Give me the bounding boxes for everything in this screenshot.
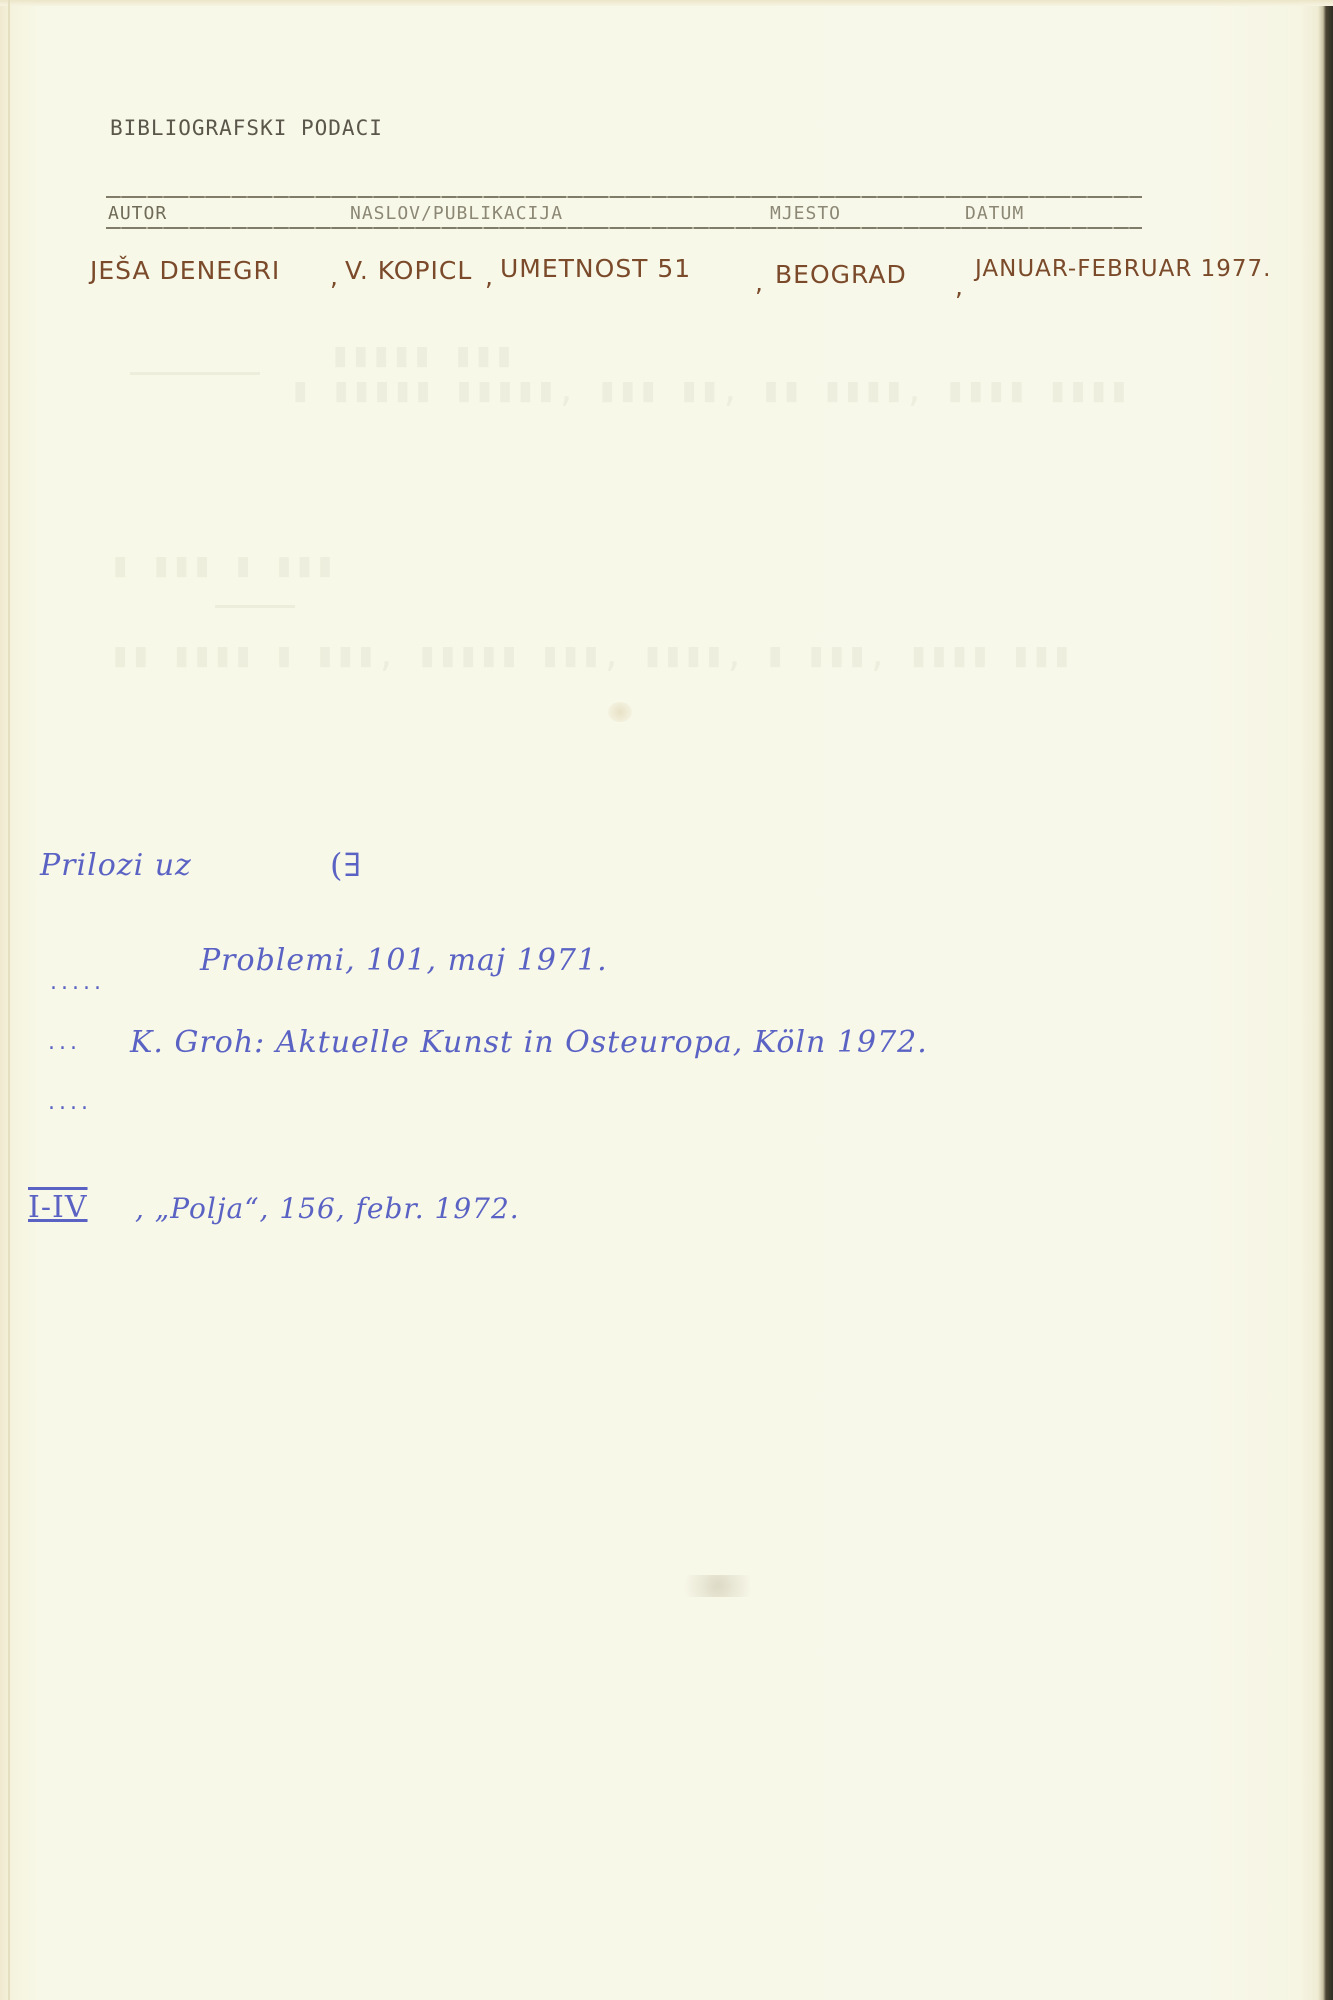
show-through-text: ▮ ▮▮▮ ▮ ▮▮▮: [110, 545, 335, 585]
ellipsis-marker: ...: [48, 1030, 81, 1055]
note-range-marker: I-IV: [28, 1190, 88, 1225]
column-header-autor: AUTOR: [108, 203, 167, 224]
note-item: K. Groh: Aktuelle Kunst in Osteuropa, Kö…: [130, 1025, 928, 1060]
notes-heading: Prilozi uz: [40, 848, 192, 883]
binding-edge: [8, 0, 10, 2000]
entry-date: Januar-Februar 1977.: [975, 256, 1271, 282]
show-through-text: ▮▮▮▮▮ ▮▮▮: [330, 335, 514, 375]
column-header-mjesto: MJESTO: [770, 203, 841, 224]
note-item: Problemi, 101, maj 1971.: [200, 943, 608, 978]
column-header-naslov: NASLOV/PUBLIKACIJA: [350, 203, 563, 224]
ellipsis-marker: .....: [50, 970, 105, 995]
entry-coauthor: V. Kopicl: [345, 256, 472, 285]
column-header-datum: DATUM: [965, 203, 1024, 224]
entry-separator: ,: [330, 262, 339, 291]
show-through-mark: [215, 605, 295, 608]
page-top-edge: [0, 0, 1333, 6]
document-page: ▮▮▮▮▮ ▮▮▮ ▮ ▮▮▮▮▮ ▮▮▮▮▮, ▮▮▮ ▮▮, ▮▮ ▮▮▮▮…: [0, 0, 1333, 2000]
paper-stain: [608, 702, 632, 722]
entry-separator: ,: [755, 268, 764, 297]
paper-speckle: [670, 1575, 750, 1597]
entry-publication: Umetnost 51: [500, 254, 691, 283]
entry-author: Ješa Denegri: [90, 256, 280, 285]
page-title: BIBLIOGRAFSKI PODACI: [110, 116, 383, 140]
entry-place: Beograd: [775, 260, 907, 289]
entry-separator: ,: [485, 262, 494, 291]
show-through-text: ▮▮ ▮▮▮▮ ▮ ▮▮▮, ▮▮▮▮▮ ▮▮▮, ▮▮▮▮, ▮ ▮▮▮, ▮…: [110, 635, 1072, 675]
ellipsis-marker: ....: [48, 1090, 92, 1115]
table-rule-bottom: [106, 227, 1142, 229]
table-rule-top: [106, 196, 1142, 198]
notes-heading-reference: (∃: [330, 846, 362, 884]
show-through-mark: [130, 372, 260, 375]
entry-separator: ,: [955, 272, 964, 301]
show-through-text: ▮ ▮▮▮▮▮ ▮▮▮▮▮, ▮▮▮ ▮▮, ▮▮ ▮▮▮▮, ▮▮▮▮ ▮▮▮…: [290, 370, 1129, 410]
note-item: , „Polja“, 156, febr. 1972.: [135, 1192, 520, 1225]
